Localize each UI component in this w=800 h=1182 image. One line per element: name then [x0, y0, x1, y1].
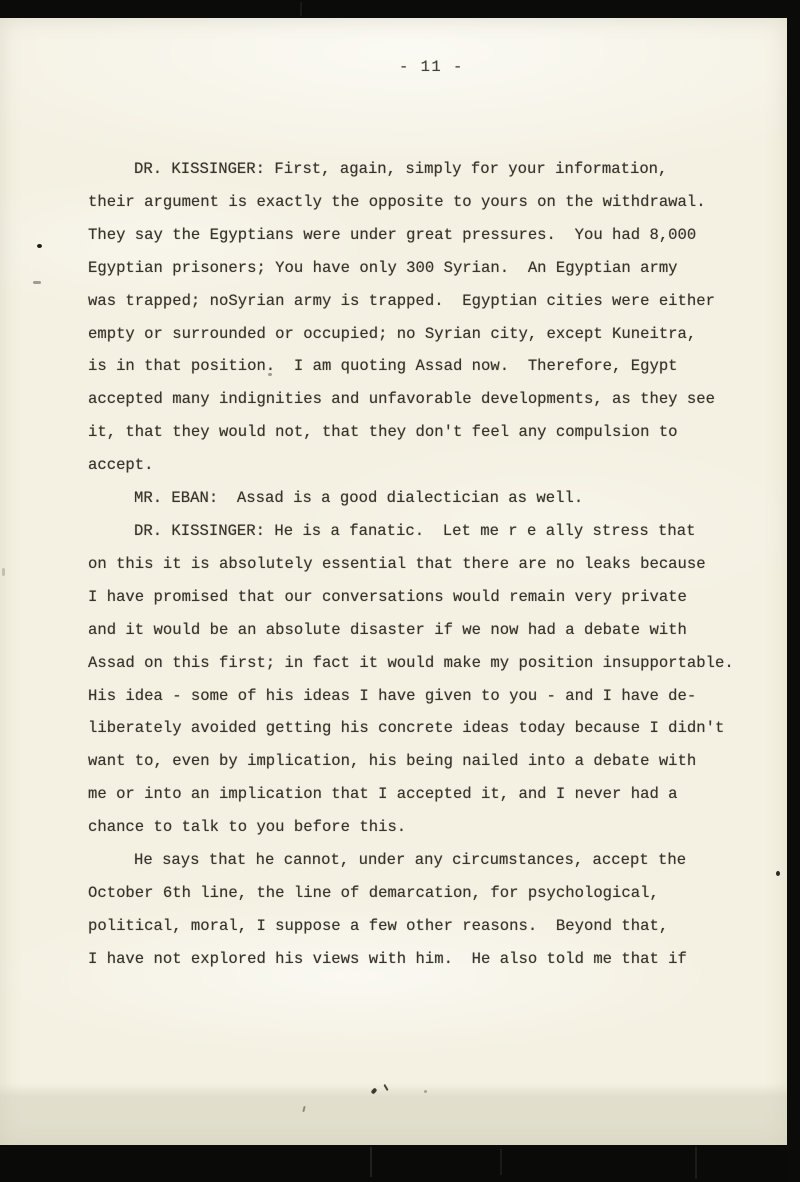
- scan-streak: [500, 1149, 502, 1175]
- text-line: was trapped; noSyrian army is trapped. E…: [0, 285, 787, 318]
- scan-streak: [300, 2, 302, 16]
- text-line: He says that he cannot, under any circum…: [0, 844, 787, 877]
- text-line: is in that position. I am quoting Assad …: [0, 350, 787, 383]
- scan-streak: [695, 1147, 697, 1179]
- scan-speck: [2, 568, 5, 576]
- text-line: liberately avoided getting his concrete …: [0, 712, 787, 745]
- scan-border-top: [0, 0, 800, 18]
- text-line: political, moral, I suppose a few other …: [0, 910, 787, 943]
- scan-speck: [424, 1090, 427, 1093]
- text-line: Egyptian prisoners; You have only 300 Sy…: [0, 252, 787, 285]
- text-line: and it would be an absolute disaster if …: [0, 614, 787, 647]
- text-line: I have promised that our conversations w…: [0, 581, 787, 614]
- document-lines: DR. KISSINGER: First, again, simply for …: [0, 153, 787, 976]
- text-line: His idea - some of his ideas I have give…: [0, 680, 787, 713]
- scan-border-right: [787, 0, 800, 1182]
- scan-speck: [33, 281, 41, 284]
- text-line: it, that they would not, that they don't…: [0, 416, 787, 449]
- text-line: chance to talk to you before this.: [0, 811, 787, 844]
- document-page: - 11 - DR. KISSINGER: First, again, simp…: [0, 18, 787, 1145]
- text-line: DR. KISSINGER: He is a fanatic. Let me r…: [0, 515, 787, 548]
- page-number: - 11 -: [399, 58, 464, 76]
- text-line: empty or surrounded or occupied; no Syri…: [0, 318, 787, 351]
- scan-speck: [268, 373, 272, 376]
- scan-speck: [776, 871, 780, 876]
- scan-streak: [370, 1147, 372, 1177]
- text-line: I have not explored his views with him. …: [0, 943, 787, 976]
- text-line: They say the Egyptians were under great …: [0, 219, 787, 252]
- text-line: their argument is exactly the opposite t…: [0, 186, 787, 219]
- text-line: DR. KISSINGER: First, again, simply for …: [0, 153, 787, 186]
- text-line: want to, even by implication, his being …: [0, 745, 787, 778]
- text-line: accept.: [0, 449, 787, 482]
- text-line: accepted many indignities and unfavorabl…: [0, 383, 787, 416]
- scan-speck: [37, 244, 42, 248]
- text-line: Assad on this first; in fact it would ma…: [0, 647, 787, 680]
- text-line: me or into an implication that I accepte…: [0, 778, 787, 811]
- scanned-document-view: - 11 - DR. KISSINGER: First, again, simp…: [0, 0, 800, 1182]
- text-line: MR. EBAN: Assad is a good dialectician a…: [0, 482, 787, 515]
- text-line: October 6th line, the line of demarcatio…: [0, 877, 787, 910]
- scan-border-bottom: [0, 1145, 800, 1182]
- text-line: on this it is absolutely essential that …: [0, 548, 787, 581]
- scan-shade-band: [0, 1083, 787, 1145]
